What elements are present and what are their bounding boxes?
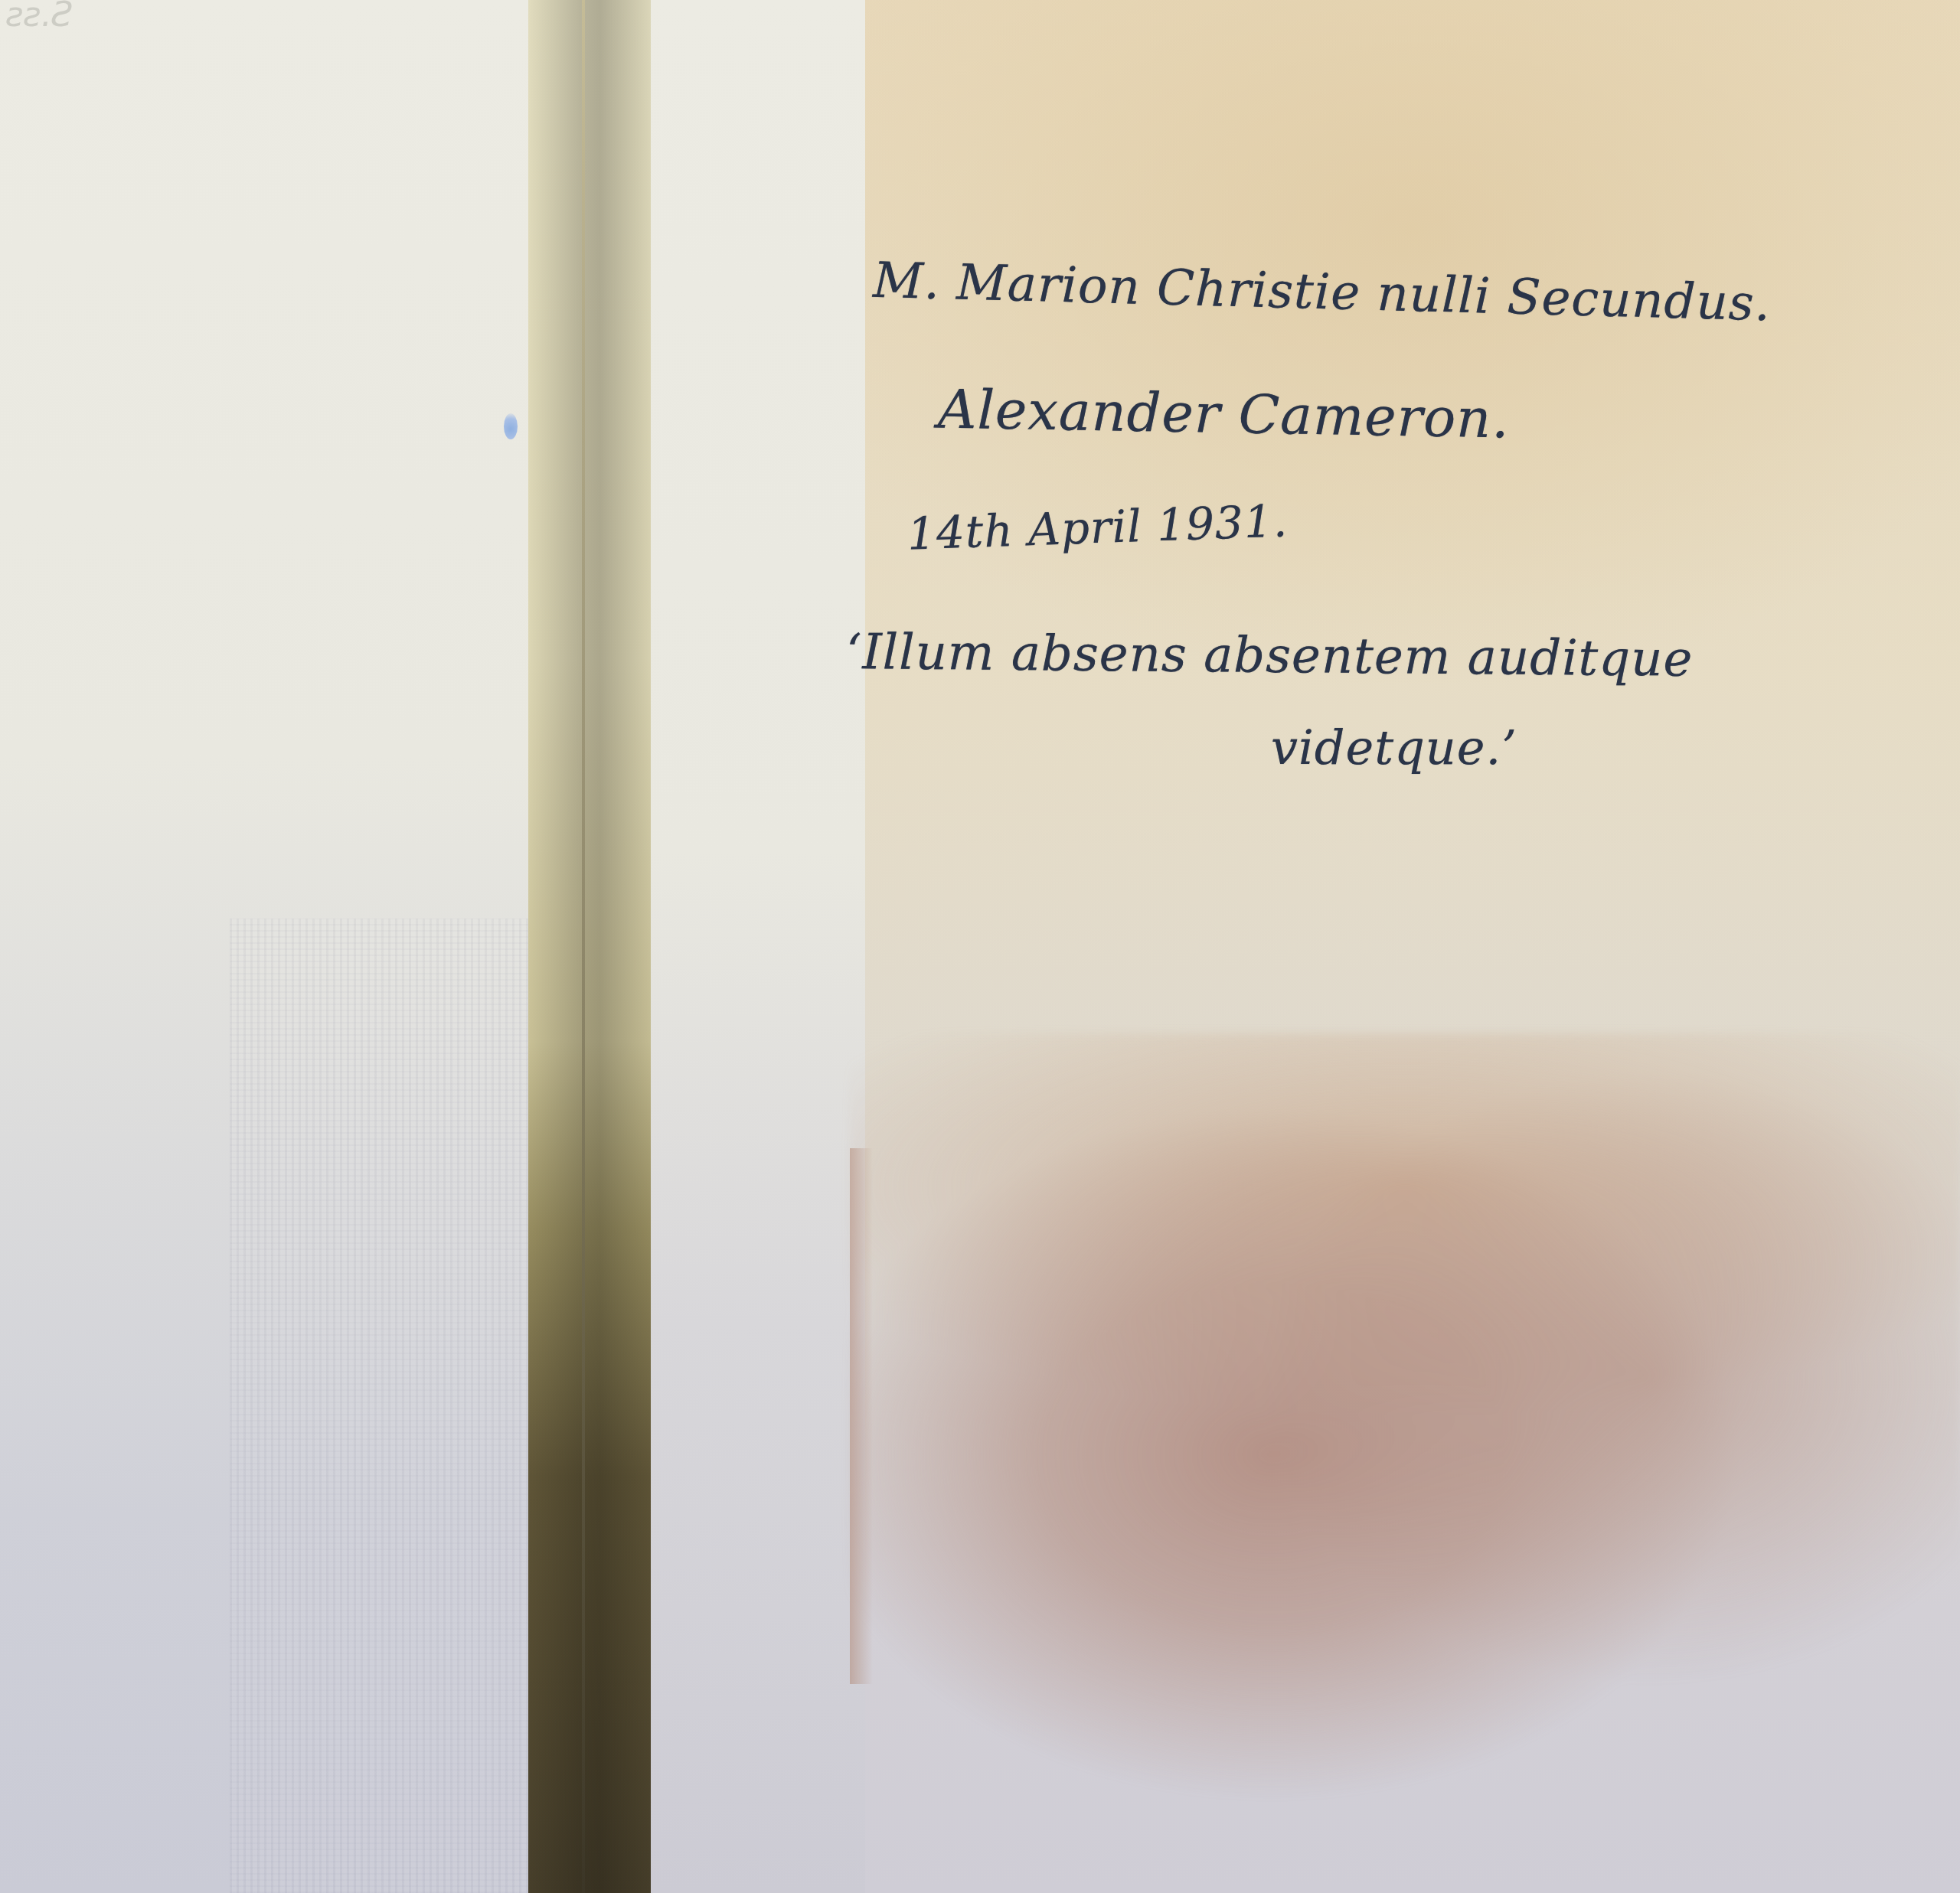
water-stain	[850, 1033, 1960, 1799]
paper-toning	[865, 0, 1960, 1148]
water-stain-edge	[850, 1148, 873, 1684]
right-page-inner-margin	[651, 0, 865, 1893]
inscription-line-quote-1: ‘Illum absens absentem auditque	[846, 624, 1694, 688]
gutter-crease	[582, 0, 585, 1893]
cloth-turn-in-texture	[230, 919, 528, 1893]
inscription-line-signature: Alexander Cameron.	[937, 377, 1510, 450]
book-endpapers-photo: ƨƨ.Ƨ M. Marion Christie nulli Secundus. …	[0, 0, 1960, 1893]
gutter-shadow	[528, 0, 658, 1893]
blue-ink-spot	[504, 413, 518, 439]
pencil-mark: ƨƨ.Ƨ	[6, 0, 73, 34]
inscription-line-quote-2: videtque.’	[1271, 720, 1517, 775]
